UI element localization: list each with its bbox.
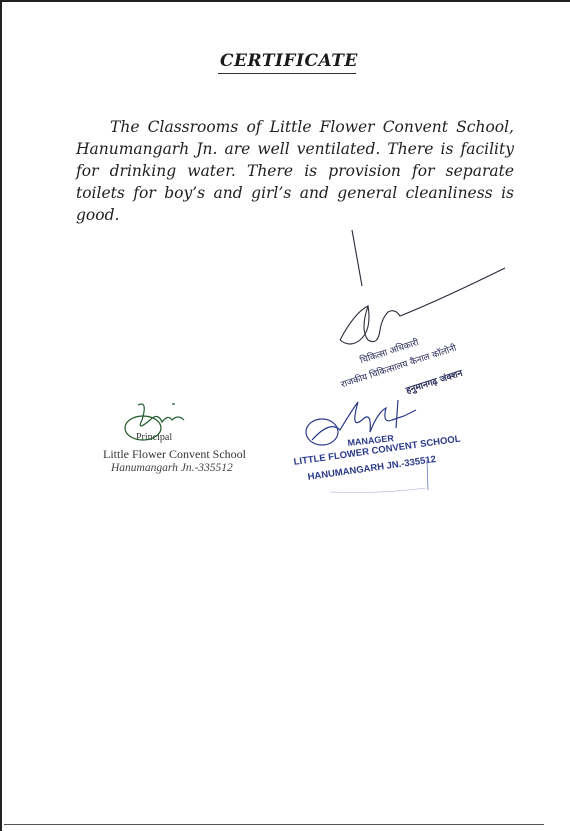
certificate-body-text: The Classrooms of Little Flower Convent … <box>76 118 514 224</box>
principal-school: Little Flower Convent School <box>103 447 246 462</box>
certificate-body: The Classrooms of Little Flower Convent … <box>76 116 514 226</box>
principal-address: Hanumangarh Jn.-335512 <box>111 462 233 474</box>
official-stamp-line3: हनुमानगढ़ जंक्शन <box>404 366 464 397</box>
principal-designation: Principal <box>136 432 172 443</box>
page-bottom-edge <box>4 824 544 825</box>
certificate-page: CERTIFICATE The Classrooms of Little Flo… <box>2 2 570 831</box>
certificate-title: CERTIFICATE <box>220 51 358 71</box>
title-underline <box>218 73 356 74</box>
